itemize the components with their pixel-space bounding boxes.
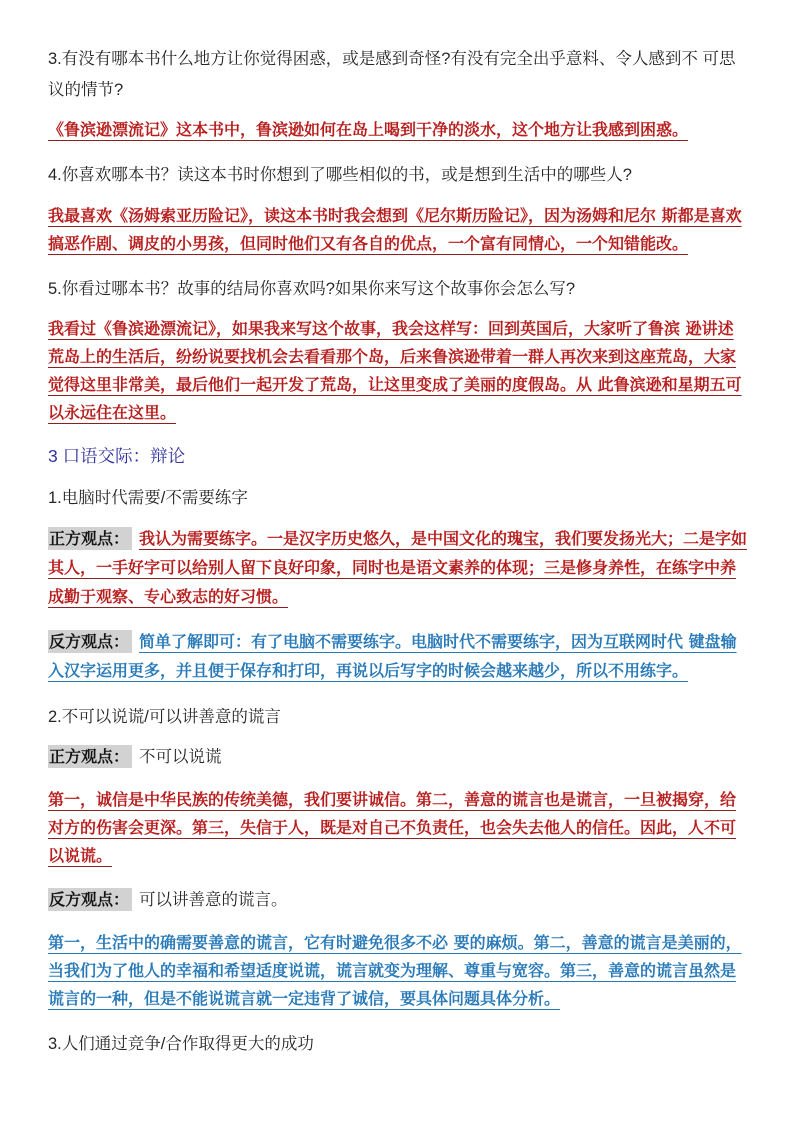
answer-4: 我最喜欢《汤姆索亚历险记》，读这本书时我会想到《尼尔斯历险记》，因为汤姆和尼尔 … [48,202,749,258]
con-side-label: 反方观点： [48,888,132,911]
debate-2-pro-stance-line: 正方观点：不可以说谎 [48,743,749,773]
debate-1-title: 1.电脑时代需要/不需要练字 [48,483,749,514]
debate-2-con-argument: 第一，生活中的确需要善意的谎言，它有时避免很多不必 要的麻烦。第二，善意的谎言是… [48,929,749,1013]
debate-3-title: 3.人们通过竞争/合作取得更大的成功 [48,1029,749,1060]
question-4: 4.你喜欢哪本书？读这本书时你想到了哪些相似的书，或是想到生活中的哪些人? [48,160,749,191]
answer-5: 我看过《鲁滨逊漂流记》，如果我来写这个故事，我会这样写：回到英国后，大家听了鲁滨… [48,315,749,427]
document-page: 3.有没有哪本书什么地方让你觉得困惑，或是感到奇怪?有没有完全出乎意料、令人感到… [0,0,793,1122]
debate-2-pro-stance: 不可以说谎 [139,748,222,766]
debate-2-title: 2.不可以说谎/可以讲善意的谎言 [48,702,749,733]
pro-side-label: 正方观点： [48,527,132,550]
debate-2-pro-argument: 第一，诚信是中华民族的传统美德，我们要讲诚信。第二，善意的谎言也是谎言，一旦被揭… [48,786,749,870]
debate-2-con-stance-line: 反方观点：可以讲善意的谎言。 [48,886,749,916]
debate-1-con-argument: 简单了解即可：有了电脑不需要练字。电脑时代不需要练字，因为互联网时代 键盘输入汉… [48,632,737,680]
debate-2-con-stance: 可以讲善意的谎言。 [139,891,288,909]
section-heading-oral-communication: 3 口语交际：辩论 [48,443,749,469]
answer-3: 《鲁滨逊漂流记》这本书中，鲁滨逊如何在岛上喝到干净的淡水，这个地方让我感到困惑。 [48,116,749,144]
question-5: 5.你看过哪本书？故事的结局你喜欢吗?如果你来写这个故事你会怎么写? [48,274,749,305]
debate-1-pro-paragraph: 正方观点：我认为需要练字。一是汉字历史悠久，是中国文化的瑰宝，我们要发扬光大；二… [48,525,749,612]
question-3: 3.有没有哪本书什么地方让你觉得困惑，或是感到奇怪?有没有完全出乎意料、令人感到… [48,44,749,105]
debate-1-pro-argument: 我认为需要练字。一是汉字历史悠久，是中国文化的瑰宝，我们要发扬光大；二是字如其人… [48,529,747,606]
pro-side-label: 正方观点： [48,745,132,768]
con-side-label: 反方观点： [48,630,132,653]
debate-1-con-paragraph: 反方观点：简单了解即可：有了电脑不需要练字。电脑时代不需要练字，因为互联网时代 … [48,628,749,686]
